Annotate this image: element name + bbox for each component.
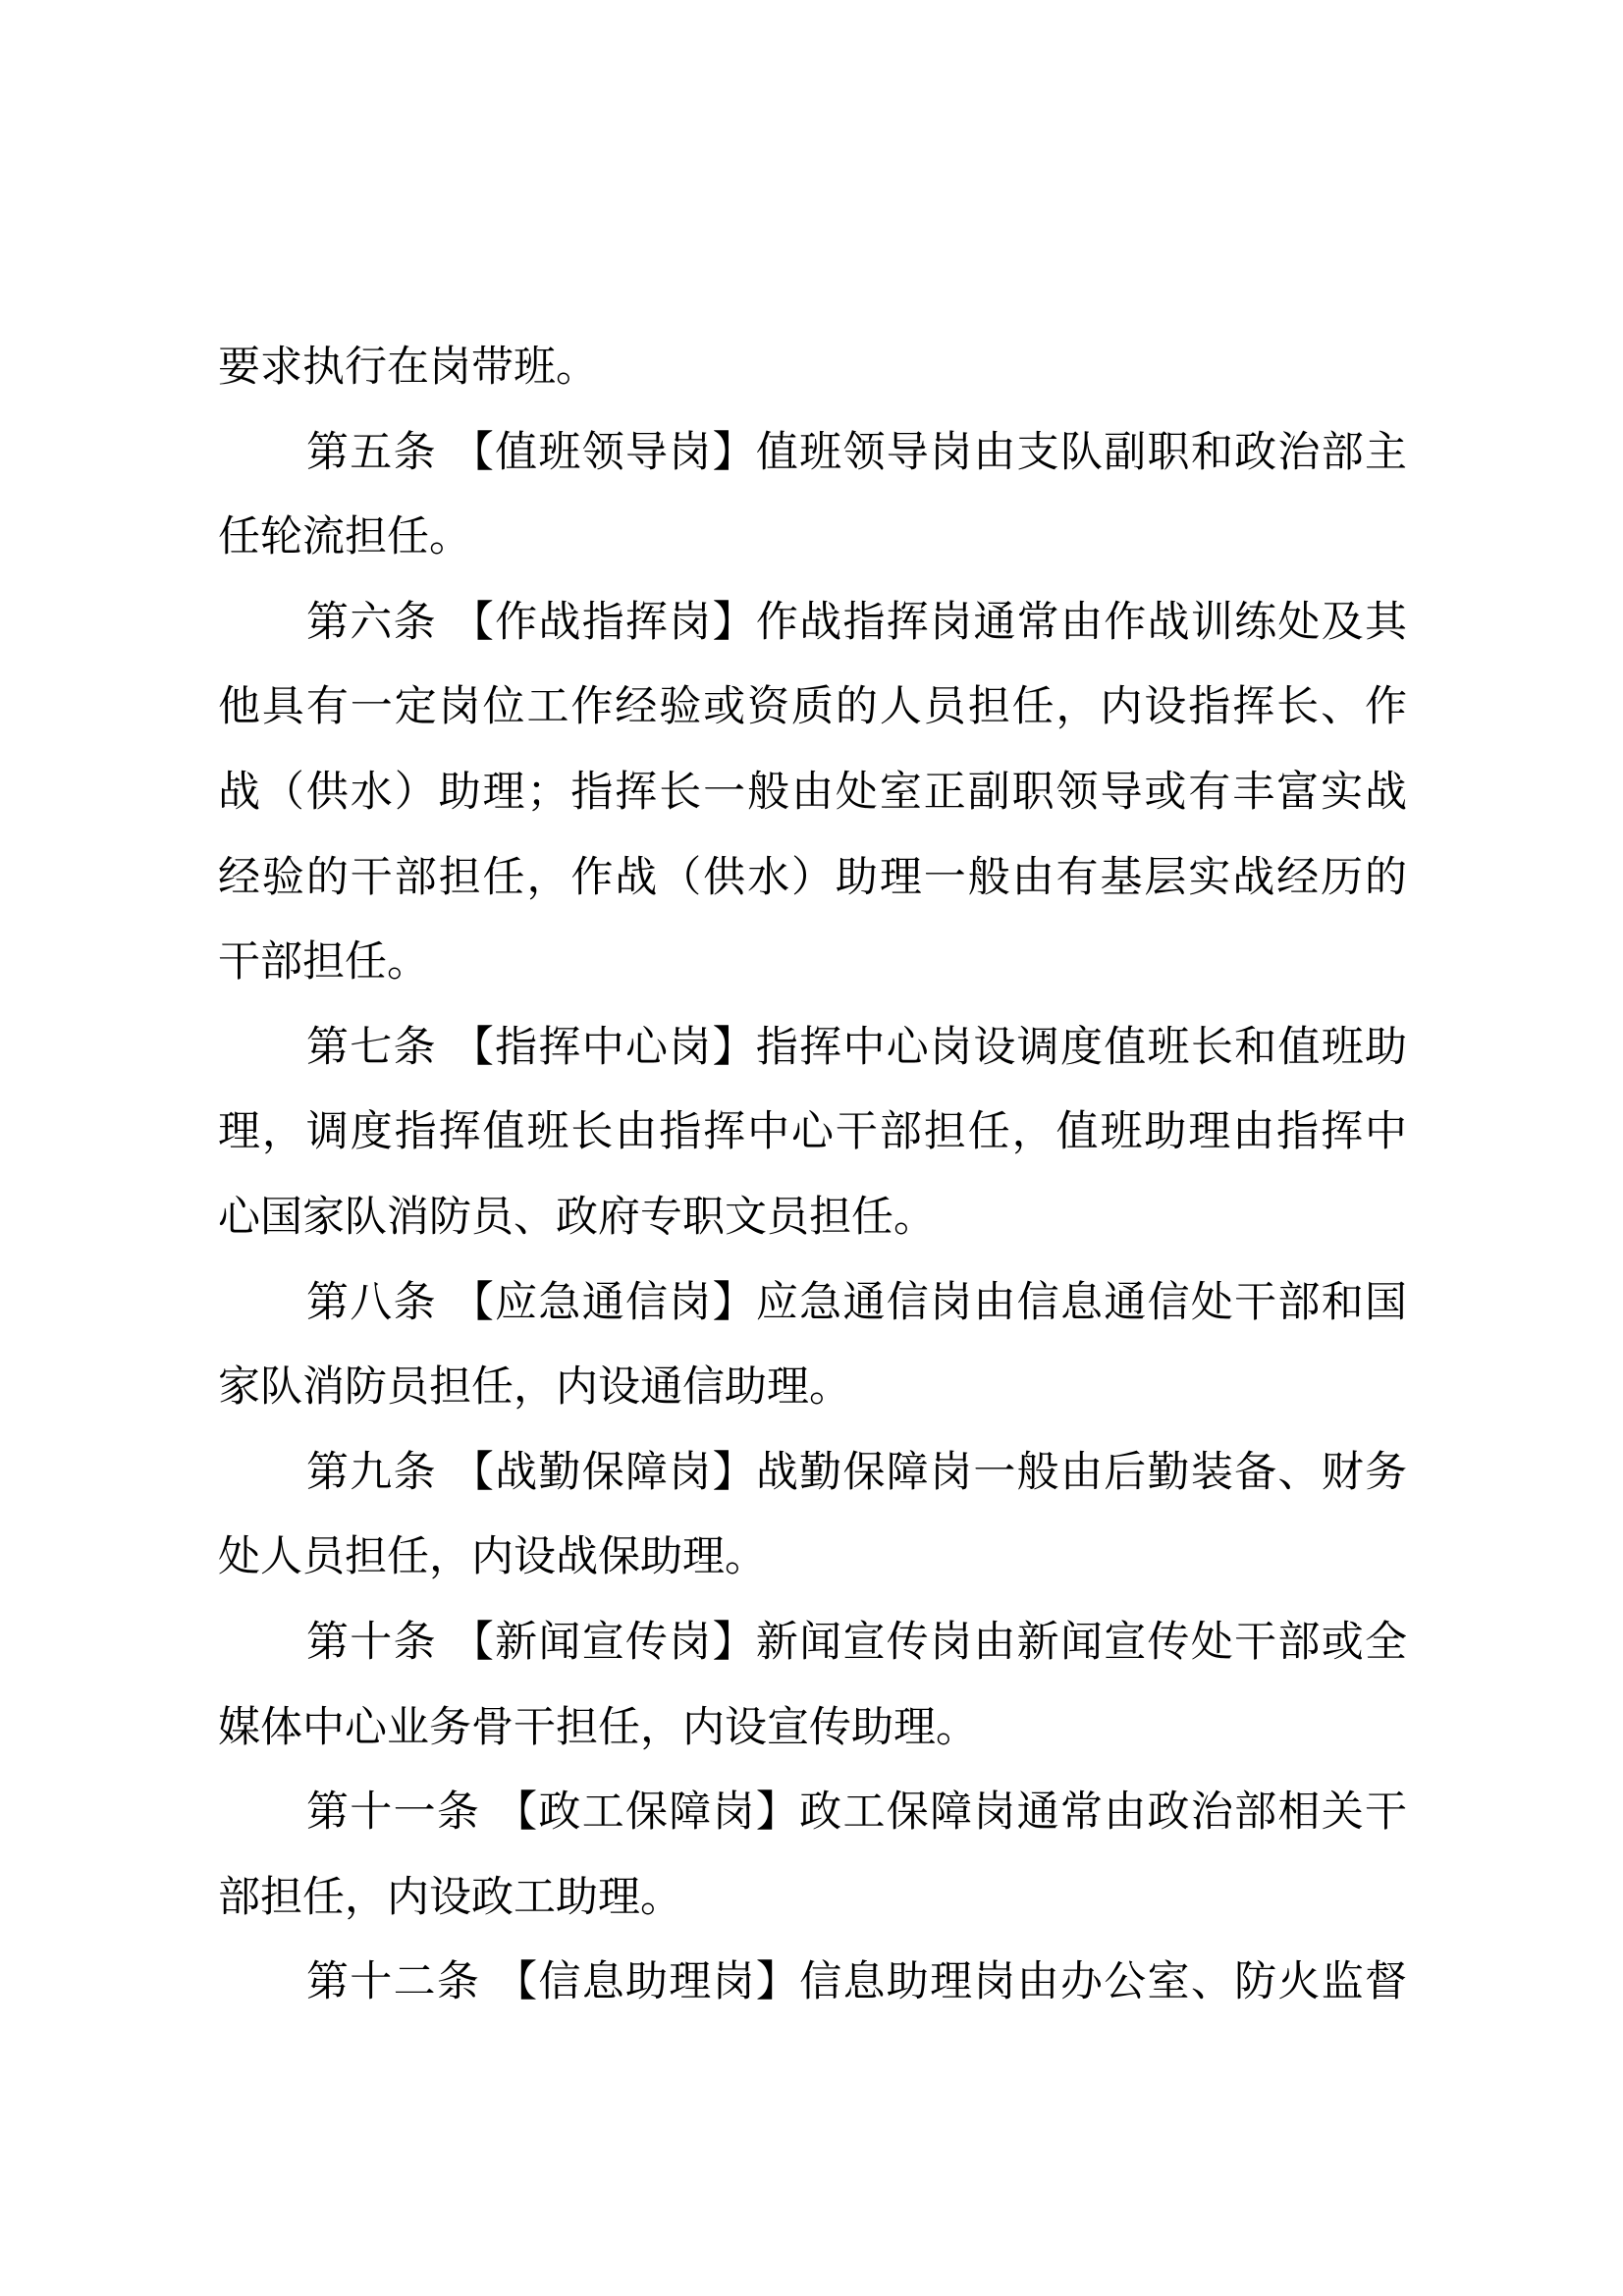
- article-6-heading-line: 第六条 【作战指挥岗】作战指挥岗通常由作战训练处及其: [218, 580, 1407, 666]
- text-line: 部担任，内设政工助理。: [218, 1855, 1407, 1941]
- article-5-heading-line: 第五条 【值班领导岗】值班领导岗由支队副职和政治部主: [218, 410, 1407, 496]
- article-9-heading-line: 第九条 【战勤保障岗】战勤保障岗一般由后勤装备、财务: [218, 1430, 1407, 1516]
- text-line: 经验的干部担任，作战（供水）助理一般由有基层实战经历的: [218, 835, 1407, 921]
- text-line: 处人员担任，内设战保助理。: [218, 1515, 1407, 1600]
- text-line: 家队消防员担任，内设通信助理。: [218, 1345, 1407, 1430]
- text-line: 任轮流担任。: [218, 495, 1407, 580]
- text-line: 要求执行在岗带班。: [218, 325, 1407, 410]
- text-line: 理，调度指挥值班长由指挥中心干部担任，值班助理由指挥中: [218, 1090, 1407, 1175]
- article-7-heading-line: 第七条 【指挥中心岗】指挥中心岗设调度值班长和值班助: [218, 1005, 1407, 1091]
- article-10-heading-line: 第十条 【新闻宣传岗】新闻宣传岗由新闻宣传处干部或全: [218, 1600, 1407, 1685]
- text-line: 他具有一定岗位工作经验或资质的人员担任，内设指挥长、作: [218, 665, 1407, 750]
- text-line: 心国家队消防员、政府专职文员担任。: [218, 1175, 1407, 1260]
- document-body: 要求执行在岗带班。 第五条 【值班领导岗】值班领导岗由支队副职和政治部主 任轮流…: [218, 325, 1407, 2025]
- text-line: 战（供水）助理；指挥长一般由处室正副职领导或有丰富实战: [218, 750, 1407, 835]
- article-8-heading-line: 第八条 【应急通信岗】应急通信岗由信息通信处干部和国: [218, 1260, 1407, 1346]
- article-11-heading-line: 第十一条 【政工保障岗】政工保障岗通常由政治部相关干: [218, 1770, 1407, 1855]
- text-line: 干部担任。: [218, 920, 1407, 1005]
- text-line: 媒体中心业务骨干担任，内设宣传助理。: [218, 1685, 1407, 1771]
- document-page: 要求执行在岗带班。 第五条 【值班领导岗】值班领导岗由支队副职和政治部主 任轮流…: [0, 0, 1623, 2296]
- article-12-heading-line: 第十二条 【信息助理岗】信息助理岗由办公室、防火监督: [218, 1940, 1407, 2025]
